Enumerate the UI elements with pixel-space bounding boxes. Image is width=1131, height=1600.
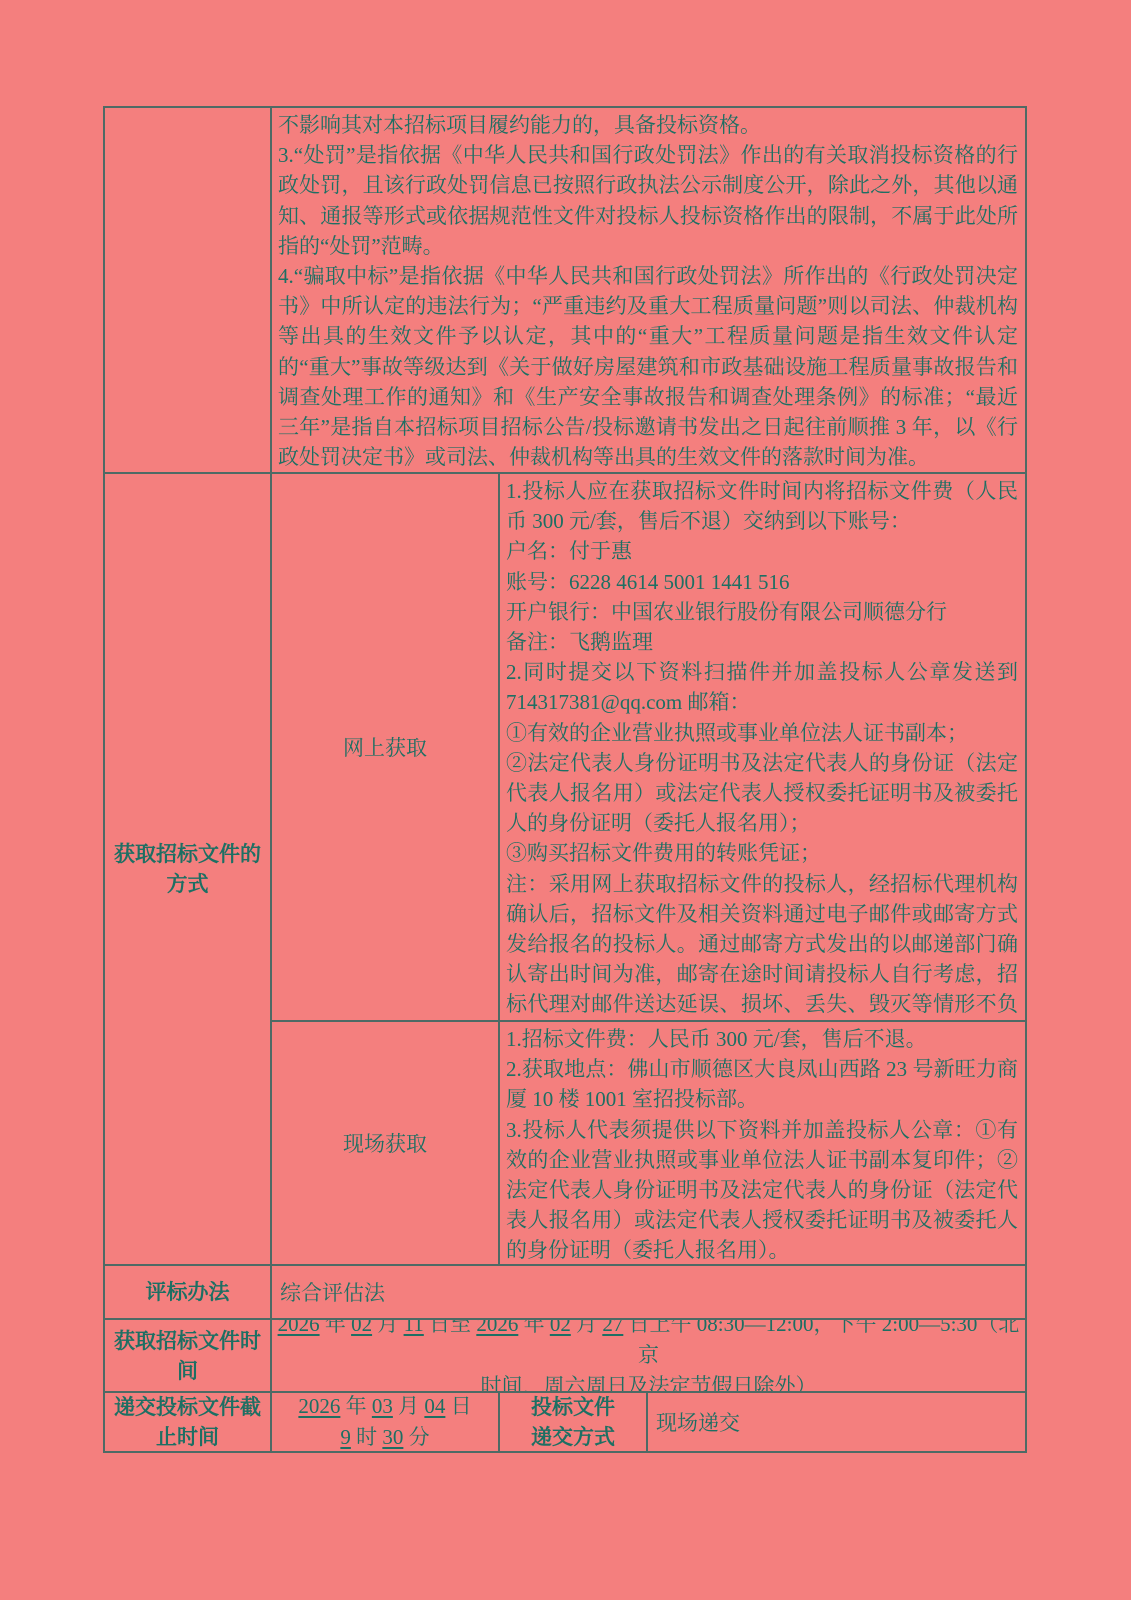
document-page: 不影响其对本招标项目履约能力的，具备投标资格。3.“处罚”是指依据《中华人民共和… [0,0,1131,1600]
evaluation-method-value-cell: 综合评估法 [272,1266,1025,1318]
obtain-time-line2: 时间，周六周日及法定节假日除外） [276,1371,1021,1391]
evaluation-method-header-cell: 评标办法 [105,1266,270,1318]
submission-method-header-cell: 投标文件 递交方式 [500,1393,646,1451]
onsite-obtain-text-cell: 1.招标文件费：人民币 300 元/套，售后不退。2.获取地点：佛山市顺德区大良… [500,1022,1025,1264]
deadline-header-cell: 递交投标文件截 止时间 [105,1393,270,1451]
obtain-time-value-cell: 2026 年 02 月 11 日至 2026 年 02 月 27 日上午 08:… [272,1320,1025,1391]
continuation-empty-header-cell [105,108,270,472]
obtain-time-header-cell: 获取招标文件时 间 [105,1320,270,1391]
onsite-obtain-label-cell: 现场获取 [272,1022,498,1264]
deadline-date-line: 2026 年 03 月 04 日 [276,1393,494,1422]
online-obtain-text-cell: 1.投标人应在获取招标文件时间内将招标文件费（人民币 300 元/套，售后不退）… [500,474,1025,1020]
continuation-text-cell: 不影响其对本招标项目履约能力的，具备投标资格。3.“处罚”是指依据《中华人民共和… [272,108,1025,472]
obtain-method-header-cell: 获取招标文件的 方式 [105,474,270,1264]
tender-info-table: 不影响其对本招标项目履约能力的，具备投标资格。3.“处罚”是指依据《中华人民共和… [103,106,1027,1453]
online-obtain-label-cell: 网上获取 [272,474,498,1020]
deadline-time-line: 9 时 30 分 [276,1422,494,1451]
submission-method-value-cell: 现场递交 [648,1393,1025,1451]
deadline-datetime-cell: 2026 年 03 月 04 日 9 时 30 分 [272,1393,498,1451]
obtain-time-line1: 2026 年 02 月 11 日至 2026 年 02 月 27 日上午 08:… [276,1320,1021,1371]
